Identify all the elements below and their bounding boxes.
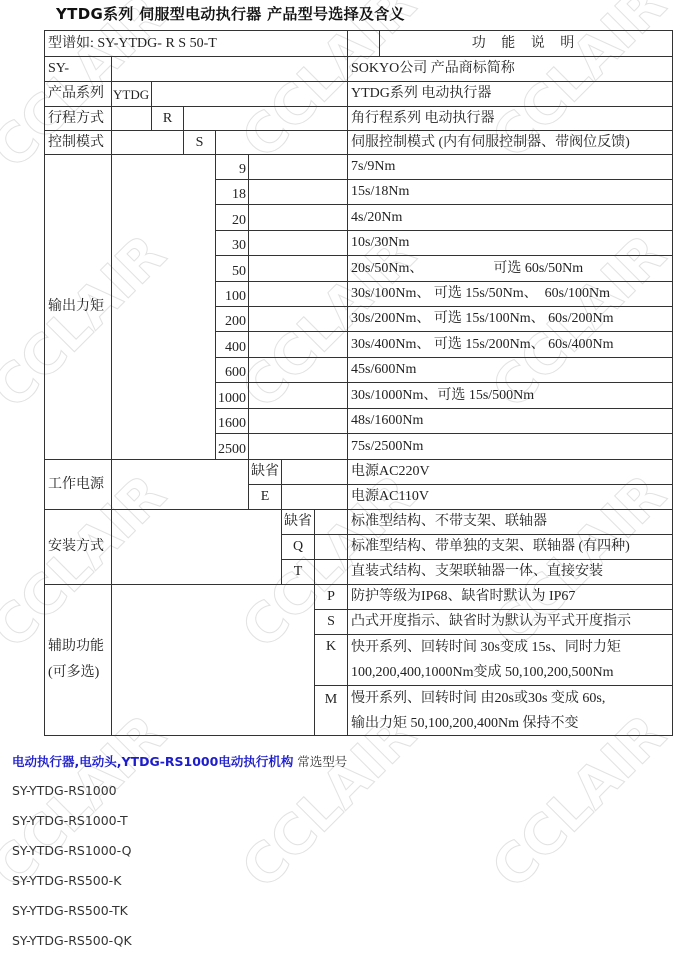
aux-desc-text: 输出力矩 50,100,200,400Nm 保持不变	[351, 711, 579, 736]
example-model-cell: 型谱如: SY-YTDG- R S 50-T	[44, 30, 347, 56]
blank-cell	[314, 559, 347, 584]
power-code: E	[248, 484, 281, 509]
torque-code: 200	[215, 306, 248, 331]
blank-cell	[111, 584, 314, 736]
torque-code: 20	[215, 204, 248, 230]
blank-cell	[281, 484, 347, 509]
aux-code: P	[314, 584, 347, 609]
aux-desc: 防护等级为IP68、缺省时默认为 IP67	[347, 584, 673, 609]
torque-code: 50	[215, 255, 248, 281]
control-code: S	[183, 130, 215, 154]
aux-desc: 慢开系列、回转时间 由20s或30s 变成 60s, 输出力矩 50,100,2…	[347, 685, 673, 736]
model-item: SY-YTDG-RS1000	[12, 783, 117, 798]
header-blank-cell	[347, 30, 379, 56]
blank-cell	[248, 255, 347, 281]
torque-code: 400	[215, 331, 248, 357]
power-desc: 电源AC110V	[347, 484, 673, 509]
control-label: 控制模式	[44, 130, 111, 154]
aux-desc: 快开系列、回转时间 30s变成 15s、同时力矩 100,200,400,100…	[347, 634, 673, 685]
install-code: T	[281, 559, 314, 584]
aux-desc-text: 快开系列、回转时间 30s变成 15s、同时力矩	[351, 635, 621, 660]
series-label: 产品系列	[44, 81, 111, 106]
torque-code: 1000	[215, 382, 248, 408]
series-code: YTDG	[111, 81, 151, 106]
install-desc: 标准型结构、不带支架、联轴器	[347, 509, 673, 534]
install-label: 安装方式	[44, 509, 111, 584]
blank-cell	[314, 509, 347, 534]
blank-cell	[151, 81, 347, 106]
brand-code: SY-	[44, 56, 111, 81]
torque-code: 100	[215, 281, 248, 306]
control-desc: 伺服控制模式 (内有伺服控制器、带阀位反馈)	[347, 130, 673, 154]
blank-cell	[248, 179, 347, 204]
torque-code: 2500	[215, 433, 248, 459]
torque-desc: 48s/1600Nm	[347, 408, 673, 433]
power-code: 缺省	[248, 459, 281, 484]
torque-desc: 15s/18Nm	[347, 179, 673, 204]
blank-cell	[248, 154, 347, 179]
blank-cell	[281, 459, 347, 484]
blank-cell	[111, 154, 215, 459]
torque-desc: 20s/50Nm、 可选 60s/50Nm	[347, 255, 673, 281]
blank-cell	[248, 230, 347, 255]
function-header: 功 能 说 明	[379, 30, 673, 56]
aux-code: S	[314, 609, 347, 634]
blank-cell	[183, 106, 347, 130]
torque-code: 30	[215, 230, 248, 255]
series-desc: YTDG系列 电动执行器	[347, 81, 673, 106]
blank-cell	[248, 357, 347, 382]
blank-cell	[248, 331, 347, 357]
torque-desc: 30s/400Nm、 可选 15s/200Nm、 60s/400Nm	[347, 331, 673, 357]
stroke-code: R	[151, 106, 183, 130]
aux-desc-text: 凸式开度指示、缺省时为默认为平式开度指示	[351, 615, 631, 629]
install-desc: 直装式结构、支架联轴器一体、直接安装	[347, 559, 673, 584]
common-models-suffix: 常选型号	[293, 754, 347, 769]
stroke-desc: 角行程系列 电动执行器	[347, 106, 673, 130]
torque-code: 9	[215, 154, 248, 179]
blank-cell	[111, 509, 281, 584]
torque-desc: 75s/2500Nm	[347, 433, 673, 459]
aux-desc-text: 慢开系列、回转时间 由20s或30s 变成 60s,	[351, 686, 605, 711]
blank-cell	[111, 130, 183, 154]
blank-cell	[248, 306, 347, 331]
power-desc: 电源AC220V	[347, 459, 673, 484]
aux-desc-text: 防护等级为IP68、缺省时默认为 IP67	[351, 590, 575, 604]
blank-cell	[248, 204, 347, 230]
torque-desc: 30s/100Nm、 可选 15s/50Nm、 60s/100Nm	[347, 281, 673, 306]
blank-cell	[215, 130, 347, 154]
aux-desc-text: 100,200,400,1000Nm变成 50,100,200,500Nm	[351, 660, 614, 685]
model-item: SY-YTDG-RS1000-Q	[12, 843, 131, 858]
aux-code: M	[314, 685, 347, 736]
common-models-link[interactable]: 电动执行器,电动头,YTDG-RS1000电动执行机构	[12, 754, 293, 769]
torque-code: 18	[215, 179, 248, 204]
torque-desc: 7s/9Nm	[347, 154, 673, 179]
blank-cell	[248, 281, 347, 306]
blank-cell	[111, 56, 347, 81]
blank-cell	[111, 459, 248, 509]
model-item: SY-YTDG-RS500-QK	[12, 933, 132, 948]
aux-label-line1: 辅助功能	[48, 634, 104, 660]
model-item: SY-YTDG-RS1000-T	[12, 813, 128, 828]
torque-desc: 45s/600Nm	[347, 357, 673, 382]
aux-desc: 凸式开度指示、缺省时为默认为平式开度指示	[347, 609, 673, 634]
blank-cell	[111, 106, 151, 130]
stroke-label: 行程方式	[44, 106, 111, 130]
blank-cell	[248, 408, 347, 433]
aux-label: 辅助功能 (可多选)	[44, 584, 111, 736]
aux-code: K	[314, 634, 347, 685]
brand-desc: SOKYO公司 产品商标简称	[347, 56, 673, 81]
install-code: 缺省	[281, 509, 314, 534]
model-selection-table: 型谱如: SY-YTDG- R S 50-T 功 能 说 明 SY- SOKYO…	[0, 0, 683, 740]
torque-desc: 30s/200Nm、 可选 15s/100Nm、 60s/200Nm	[347, 306, 673, 331]
common-models-heading: 电动执行器,电动头,YTDG-RS1000电动执行机构 常选型号	[12, 752, 347, 770]
torque-label: 输出力矩	[44, 154, 111, 459]
blank-cell	[314, 534, 347, 559]
install-code: Q	[281, 534, 314, 559]
torque-desc: 4s/20Nm	[347, 204, 673, 230]
power-label: 工作电源	[44, 459, 111, 509]
blank-cell	[248, 433, 347, 459]
blank-cell	[248, 382, 347, 408]
torque-code: 1600	[215, 408, 248, 433]
torque-code: 600	[215, 357, 248, 382]
torque-desc: 10s/30Nm	[347, 230, 673, 255]
torque-desc: 30s/1000Nm、可选 15s/500Nm	[347, 382, 673, 408]
model-item: SY-YTDG-RS500-TK	[12, 903, 128, 918]
aux-label-line2: (可多选)	[48, 660, 99, 686]
install-desc: 标准型结构、带单独的支架、联轴器 (有四种)	[347, 534, 673, 559]
model-item: SY-YTDG-RS500-K	[12, 873, 121, 888]
